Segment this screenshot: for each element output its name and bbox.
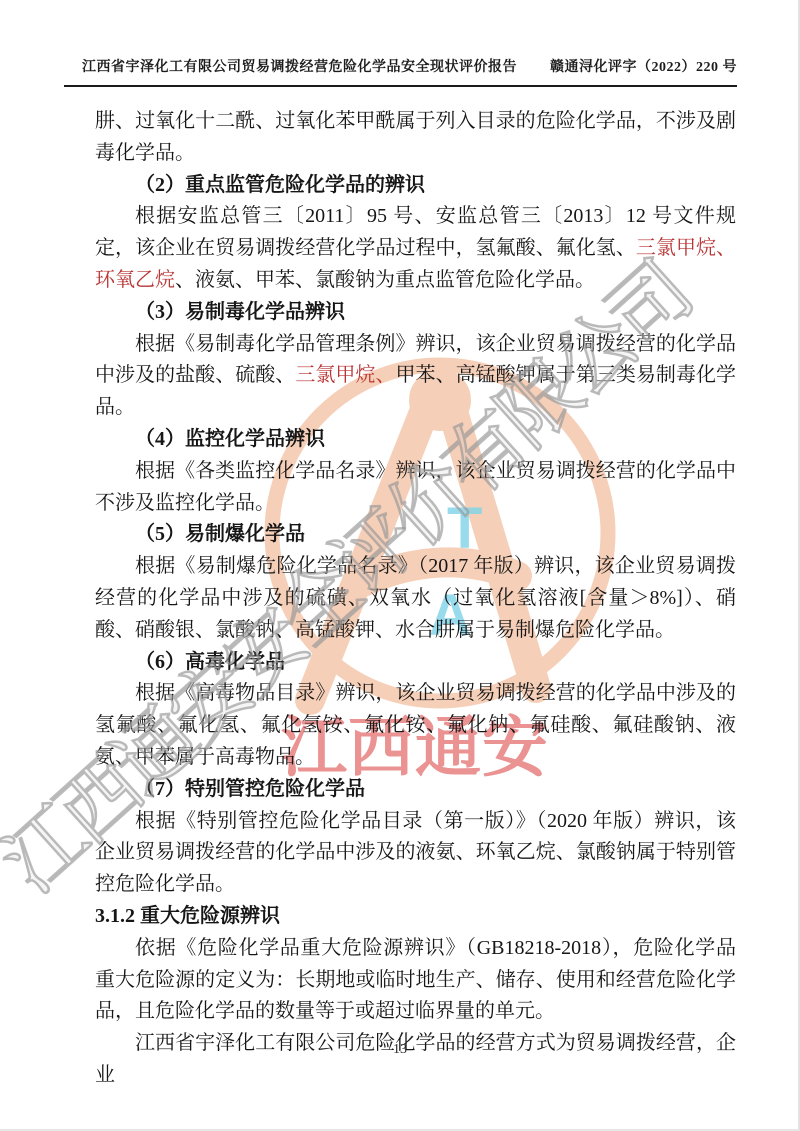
report-page: T A 江西通安 江西通安安全评价有限公司 江西省宇泽化工有限公司贸易调拨经营危…	[0, 0, 800, 1131]
paragraph: 依据《危险化学品重大危险源辨识》（GB18218-2018），危险化学品重大危险…	[95, 933, 736, 1028]
paragraph: 江西省宇泽化工有限公司危险化学品的经营方式为贸易调拨经营，企业	[95, 1028, 736, 1092]
text-run: 肼、过氧化十二酰、过氧化苯甲酰属于列入目录的危险化学品，不涉及剧毒化学品。	[95, 110, 736, 164]
paragraph: 根据《易制毒化学品管理条例》辨识，该企业贸易调拨经营的化学品中涉及的盐酸、硫酸、…	[95, 329, 736, 424]
page-number: 13	[0, 1042, 800, 1058]
text-run: 根据《易制爆危险化学品名录》（2017 年版）辨识，该企业贸易调拨经营的化学品中…	[95, 555, 736, 641]
text-run: 依据《危险化学品重大危险源辨识》（GB18218-2018），危险化学品重大危险…	[95, 937, 736, 1023]
text-run: 根据《各类监控化学品名录》辨识，该企业贸易调拨经营的化学品中不涉及监控化学品。	[95, 460, 736, 514]
text-run: 根据《特别管控危险化学品目录（第一版）》（2020 年版）辨识，该企业贸易调拨经…	[95, 810, 736, 896]
paragraph: 根据《各类监控化学品名录》辨识，该企业贸易调拨经营的化学品中不涉及监控化学品。	[95, 456, 736, 520]
paragraph: 根据《易制爆危险化学品名录》（2017 年版）辨识，该企业贸易调拨经营的化学品中…	[95, 551, 736, 646]
paragraph: 根据安监总管三〔2011〕95 号、安监总管三〔2013〕12 号文件规定，该企…	[95, 201, 736, 296]
paragraph: 根据《特别管控危险化学品目录（第一版）》（2020 年版）辨识，该企业贸易调拨经…	[95, 806, 736, 901]
heading-6: （6）高毒化学品	[95, 647, 736, 679]
text-run: 江西省宇泽化工有限公司危险化学品的经营方式为贸易调拨经营，企业	[95, 1032, 736, 1086]
text-run: 、液氨、甲苯、氯酸钠为重点监管危险化学品。	[175, 269, 595, 291]
header-doc-number: 赣通浔化评字（2022）220 号	[550, 56, 737, 76]
header-report-title: 江西省宇泽化工有限公司贸易调拨经营危险化学品安全现状评价报告	[64, 56, 517, 76]
section-heading-3-1-2: 3.1.2 重大危险源辨识	[95, 901, 736, 933]
paragraph: 根据《高毒物品目录》辨识，该企业贸易调拨经营的化学品中涉及的氢氟酸、氟化氢、氟化…	[95, 678, 736, 773]
paragraph: 肼、过氧化十二酰、过氧化苯甲酰属于列入目录的危险化学品，不涉及剧毒化学品。	[95, 106, 736, 170]
heading-5: （5）易制爆化学品	[95, 519, 736, 551]
heading-2: （2）重点监管危险化学品的辨识	[95, 170, 736, 202]
text-run-red: 三氯甲烷、	[295, 364, 395, 386]
text-run: 根据《高毒物品目录》辨识，该企业贸易调拨经营的化学品中涉及的氢氟酸、氟化氢、氟化…	[95, 682, 736, 768]
document-body: 肼、过氧化十二酰、过氧化苯甲酰属于列入目录的危险化学品，不涉及剧毒化学品。 （2…	[95, 106, 736, 1092]
page-header: 江西省宇泽化工有限公司贸易调拨经营危险化学品安全现状评价报告 赣通浔化评字（20…	[64, 56, 737, 87]
heading-4: （4）监控化学品辨识	[95, 424, 736, 456]
heading-7: （7）特别管控危险化学品	[95, 774, 736, 806]
heading-3: （3）易制毒化学品辨识	[95, 297, 736, 329]
